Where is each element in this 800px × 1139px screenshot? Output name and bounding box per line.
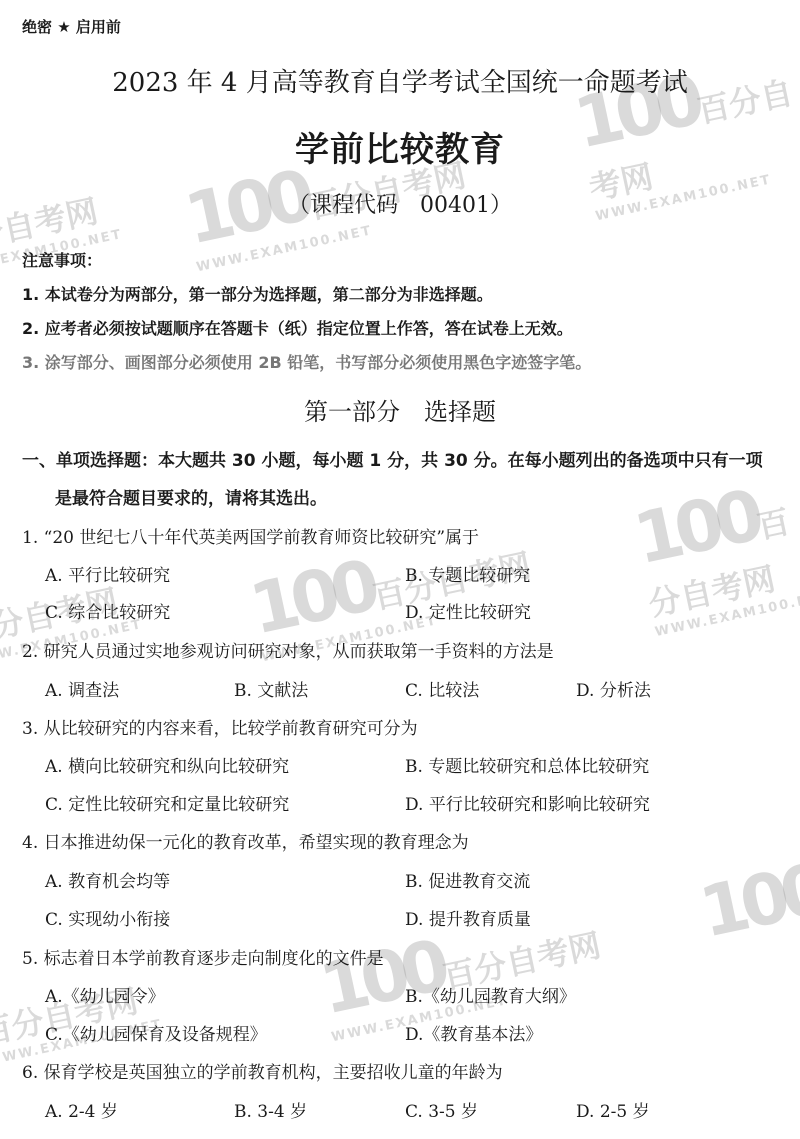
option-a: A.《幼儿园令》 [45,982,165,1007]
question-stem: 1. “20 世纪七八十年代英美两国学前教育师资比较研究”属于 [22,523,479,548]
section-instructions: 是最符合题目要求的，请将其选出。 [55,484,327,509]
question-stem: 6. 保育学校是英国独立的学前教育机构，主要招收儿童的年龄为 [22,1058,503,1083]
question-stem: 2. 研究人员通过实地参观访问研究对象，从而获取第一手资料的方法是 [22,637,554,662]
notice-heading: 注意事项： [22,248,102,271]
option-c: C. 定性比较研究和定量比较研究 [45,790,289,815]
section-instructions: 一、单项选择题：本大题共 30 小题，每小题 1 分，共 30 分。在每小题列出… [22,446,763,471]
confidential-label: 绝密 ★ 启用前 [22,16,121,37]
option-b: B. 促进教育交流 [405,867,530,892]
option-b: B.《幼儿园教育大纲》 [405,982,576,1007]
option-d: D. 定性比较研究 [405,598,531,623]
notice-item: 3. 涂写部分、画图部分必须使用 2B 铅笔，书写部分必须使用黑色字迹签字笔。 [22,350,591,373]
option-c: C. 比较法 [405,676,479,701]
option-c: C. 3-5 岁 [405,1097,478,1122]
option-a: A. 平行比较研究 [45,561,170,586]
question-stem: 4. 日本推进幼保一元化的教育改革，希望实现的教育理念为 [22,828,469,853]
watermark-logo: 100百分自考网WWW.EXAM100.NET [627,463,800,640]
option-a: A. 横向比较研究和纵向比较研究 [45,752,289,777]
option-b: B. 文献法 [234,676,308,701]
option-d: D. 提升教育质量 [405,905,531,930]
course-code: （课程代码 00401） [0,188,800,219]
subject-title: 学前比较教育 [0,122,800,171]
notice-item: 1. 本试卷分为两部分，第一部分为选择题，第二部分为非选择题。 [22,282,493,305]
option-d: D. 2-5 岁 [576,1097,650,1122]
question-stem: 3. 从比较研究的内容来看，比较学前教育研究可分为 [22,714,418,739]
watermark-logo: 100 [693,848,800,954]
option-c: C.《幼儿园保育及设备规程》 [45,1020,267,1045]
notice-item: 2. 应考者必须按试题顺序在答题卡（纸）指定位置上作答，答在试卷上无效。 [22,316,573,339]
option-c: C. 实现幼小衔接 [45,905,170,930]
exam-title: 2023 年 4 月高等教育自学考试全国统一命题考试 [0,62,800,99]
option-b: B. 专题比较研究 [405,561,530,586]
option-b: B. 专题比较研究和总体比较研究 [405,752,649,777]
option-c: C. 综合比较研究 [45,598,170,623]
option-a: A. 教育机会均等 [45,867,170,892]
option-a: A. 2-4 岁 [45,1097,118,1122]
part-title: 第一部分 选择题 [0,392,800,427]
option-d: D.《教育基本法》 [405,1020,542,1045]
question-stem: 5. 标志着日本学前教育逐步走向制度化的文件是 [22,944,384,969]
option-a: A. 调查法 [45,676,119,701]
option-d: D. 分析法 [576,676,651,701]
option-d: D. 平行比较研究和影响比较研究 [405,790,650,815]
option-b: B. 3-4 岁 [234,1097,307,1122]
